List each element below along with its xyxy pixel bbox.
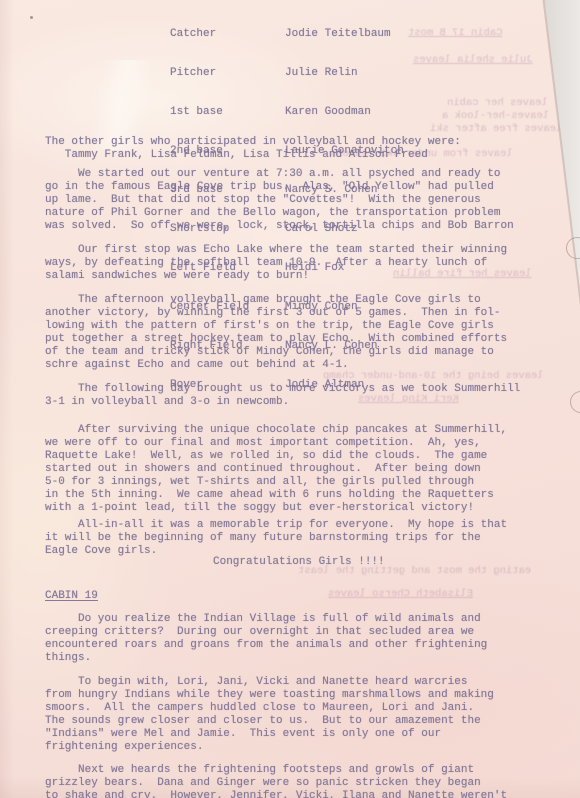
indian-village-paragraph: Do you realize the Indian Village is ful… bbox=[45, 613, 487, 665]
summerhill-paragraph: The following day brought us to more vic… bbox=[45, 383, 520, 409]
player-name: Karen Goodman bbox=[285, 106, 371, 118]
punch-hole-mark bbox=[570, 391, 580, 413]
position-label: 1st base bbox=[170, 106, 285, 119]
player-name: Jodie Teitelbaum bbox=[285, 28, 391, 40]
ink-speck bbox=[30, 16, 33, 19]
cabin-19-heading: CABIN 19 bbox=[45, 590, 98, 603]
bleedthrough-text: leaves-her-look a bbox=[442, 110, 549, 123]
scanned-newsletter-page: Cabin 17 B most Julie shelia leaves leav… bbox=[0, 0, 580, 798]
punch-hole-mark bbox=[566, 237, 580, 259]
closing-paragraph: All-in-all it was a memorable trip for e… bbox=[45, 519, 507, 558]
bleedthrough-text: Julie shelia leaves bbox=[413, 54, 533, 67]
roster-row: CatcherJodie Teitelbaum bbox=[170, 28, 404, 41]
raquette-lake-paragraph: After surviving the unique chocolate chi… bbox=[45, 424, 507, 515]
bleedthrough-text: leaves her cabin bbox=[447, 97, 548, 110]
player-name: Julie Relin bbox=[285, 67, 358, 79]
bears-paragraph: Next we heards the frightening footsteps… bbox=[45, 764, 507, 798]
position-label: Pitcher bbox=[170, 67, 285, 80]
roster-row: 1st baseKaren Goodman bbox=[170, 106, 404, 119]
bleedthrough-text: Elisabeth Cherso leaves bbox=[328, 588, 473, 601]
roster-row: PitcherJulie Relin bbox=[170, 67, 404, 80]
position-label: Catcher bbox=[170, 28, 285, 41]
indians-paragraph: To begin with, Lori, Jani, Vicki and Nan… bbox=[45, 676, 494, 754]
bleedthrough-text: leaves free after ski bbox=[430, 123, 562, 136]
bleedthrough-text: Cabin 17 B most bbox=[408, 27, 503, 40]
other-girls-paragraph: The other girls who participated in voll… bbox=[45, 136, 461, 162]
congratulations-line: Congratulations Girls !!!! bbox=[213, 556, 385, 569]
bus-paragraph: We started out our venture at 7:30 a.m. … bbox=[45, 168, 514, 233]
echo-lake-paragraph: Our first stop was Echo Lake where the t… bbox=[45, 244, 507, 283]
volleyball-paragraph: The afternoon volleyball game brought th… bbox=[45, 294, 507, 372]
